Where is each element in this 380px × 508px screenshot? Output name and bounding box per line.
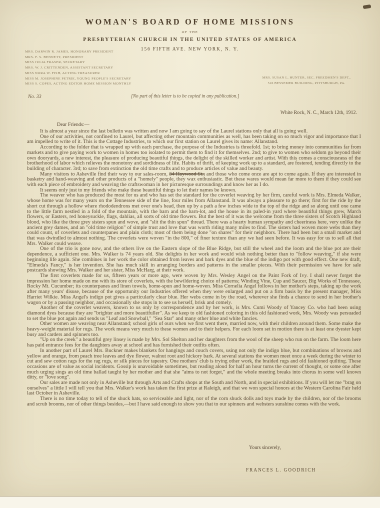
dateline: White Rock, N. C., March 12th, 1912. xyxy=(280,110,357,116)
letter-paragraph: In another part of Laurel Mrs. Buckner m… xyxy=(27,348,361,380)
bulletin-number: No. 33 xyxy=(28,94,41,100)
scan-bottom-edge xyxy=(0,496,380,508)
letter-paragraph: "Up on the creek" a beautiful grey linse… xyxy=(27,338,361,349)
letter-paper: WOMAN'S BOARD OF HOME MISSIONS OF THE PR… xyxy=(0,0,380,497)
copy-notice: [No part of this letter is to be copied … xyxy=(131,94,239,99)
letter-paragraph: Our sales are made not only in Asheville… xyxy=(27,381,361,397)
letter-paragraph: One of the trio is gone now, and the oth… xyxy=(27,247,361,274)
organization-title: WOMAN'S BOARD OF HOME MISSIONS xyxy=(0,17,380,27)
closing: Yours sincerely, xyxy=(249,445,281,451)
letter-paragraph: Another of the coverlet weavers, known t… xyxy=(27,306,361,322)
letter-paragraph: Many visitors to Asheville find their wa… xyxy=(27,172,361,188)
letter-paragraph: The first coverlets made for us, fifteen… xyxy=(27,273,361,305)
letter-paragraph: The weaver who has produced the most for… xyxy=(27,193,361,247)
struck-text: 34 Haywood St., xyxy=(169,171,205,177)
of-the-line: OF THE xyxy=(0,30,380,34)
paper-scale-wrapper: WOMAN'S BOARD OF HOME MISSIONS OF THE PR… xyxy=(0,0,380,508)
signature: FRANCES L. GOODRICH xyxy=(246,468,316,473)
letter-paragraph: One of our activities, not confined to L… xyxy=(27,134,361,145)
meta-row: No. 33 [No part of this letter is to be … xyxy=(0,94,380,104)
scanned-letter-page: WOMAN'S BOARD OF HOME MISSIONS OF THE PR… xyxy=(0,0,380,508)
officer-line: MISS S. COPES, ACTING EDITOR HOME MISSIO… xyxy=(25,81,190,86)
regional-office-block: MRS. SUSAN L. HUNTER, SEC. FREEDMEN'S DE… xyxy=(244,75,369,86)
letter-paragraph: According to the folder that is wrapped … xyxy=(27,145,361,172)
regional-office-line: 516 BESSEMER BUILDING, PITTSBURGH, PA. xyxy=(244,81,369,87)
letter-paragraph: There is no time today to tell of the sh… xyxy=(27,397,361,408)
officers-list: MRS. DARWIN R. JAMES, HONORARY PRESIDENT… xyxy=(25,49,190,86)
salutation: Dear Friends:— xyxy=(57,122,89,128)
letter-paragraph: Other women are weaving near Allanstand;… xyxy=(27,322,361,338)
letterhead: WOMAN'S BOARD OF HOME MISSIONS OF THE PR… xyxy=(0,0,380,52)
letter-body: It is almost a year since the last bulle… xyxy=(27,129,361,407)
church-line: PRESBYTERIAN CHURCH IN THE UNITED STATES… xyxy=(0,37,380,43)
